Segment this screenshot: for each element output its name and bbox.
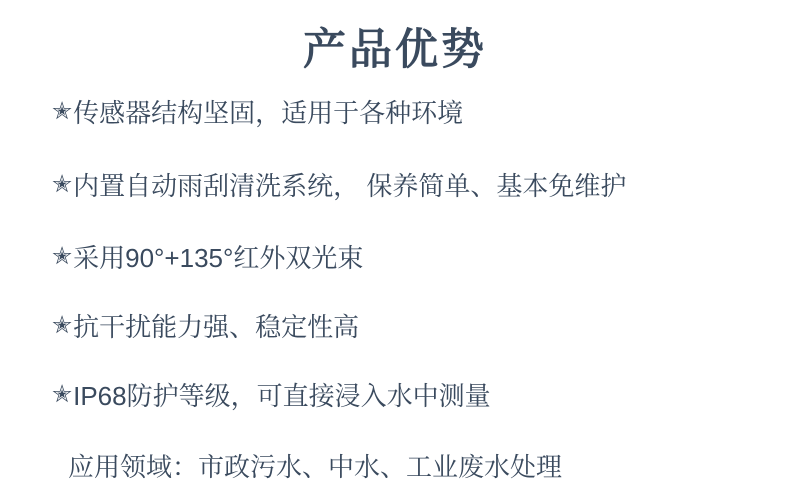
page-title: 产品优势 bbox=[0, 16, 790, 77]
advantage-item: ✭ 传感器结构坚固，适用于各种环境 bbox=[52, 93, 463, 130]
advantage-item: ✭ IP68防护等级，可直接浸入水中测量 bbox=[52, 376, 491, 413]
advantage-item: ✭ 采用90°+135°红外双光束 bbox=[52, 238, 363, 275]
application-domains-line: 应用领域：市政污水、中水、工业废水处理 bbox=[68, 447, 562, 484]
advantage-item: ✭ 内置自动雨刮清洗系统， 保养简单、基本免维护 bbox=[52, 166, 626, 203]
star-bullet-icon: ✭ bbox=[52, 100, 72, 124]
advantage-text: 传感器结构坚固，适用于各种环境 bbox=[73, 93, 463, 130]
advantage-text: 内置自动雨刮清洗系统， 保养简单、基本免维护 bbox=[73, 166, 626, 203]
star-bullet-icon: ✭ bbox=[52, 173, 72, 197]
product-advantages-slide: 产品优势 ✭ 传感器结构坚固，适用于各种环境 ✭ 内置自动雨刮清洗系统， 保养简… bbox=[0, 0, 790, 500]
advantage-text: 抗干扰能力强、稳定性高 bbox=[73, 307, 359, 344]
advantage-text: 采用90°+135°红外双光束 bbox=[73, 238, 363, 275]
advantage-item: ✭ 抗干扰能力强、稳定性高 bbox=[52, 307, 359, 344]
star-bullet-icon: ✭ bbox=[52, 245, 72, 269]
star-bullet-icon: ✭ bbox=[52, 383, 72, 407]
advantage-text: IP68防护等级，可直接浸入水中测量 bbox=[73, 376, 491, 413]
star-bullet-icon: ✭ bbox=[52, 314, 72, 338]
